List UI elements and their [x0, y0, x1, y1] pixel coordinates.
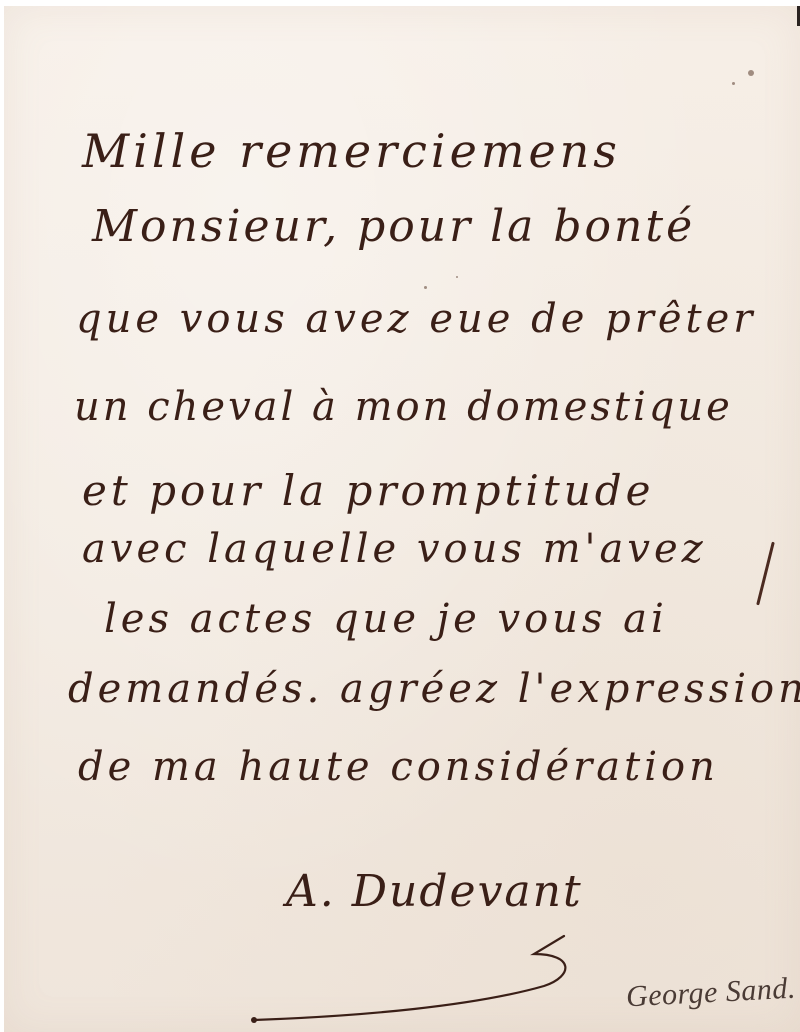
ink-speck: [732, 82, 735, 85]
letter-line-9: de ma haute considération: [78, 744, 719, 790]
signature-flourish: [244, 906, 604, 1026]
letter-line-4: un cheval à mon domestique: [74, 384, 733, 430]
letter-line-3: que vous avez eue de prêter: [76, 296, 756, 342]
letter-line-2: Monsieur, pour la bonté: [92, 201, 695, 252]
ink-speck: [748, 70, 754, 76]
attribution-note: George Sand.: [625, 972, 796, 1015]
letter-paper: Mille remerciemens Monsieur, pour la bon…: [4, 6, 800, 1032]
letter-line-6: avec laquelle vous m'avez: [82, 526, 707, 572]
letter-line-8: demandés. agréez l'expression: [68, 666, 800, 712]
letter-line-5: et pour la promptitude: [82, 466, 655, 515]
ink-speck: [456, 276, 458, 278]
letter-line-1: Mille remerciemens: [82, 124, 621, 178]
ink-stroke-mark: [756, 542, 775, 606]
letter-line-7: les actes que je vous ai: [104, 596, 668, 642]
ink-speck: [424, 286, 427, 289]
